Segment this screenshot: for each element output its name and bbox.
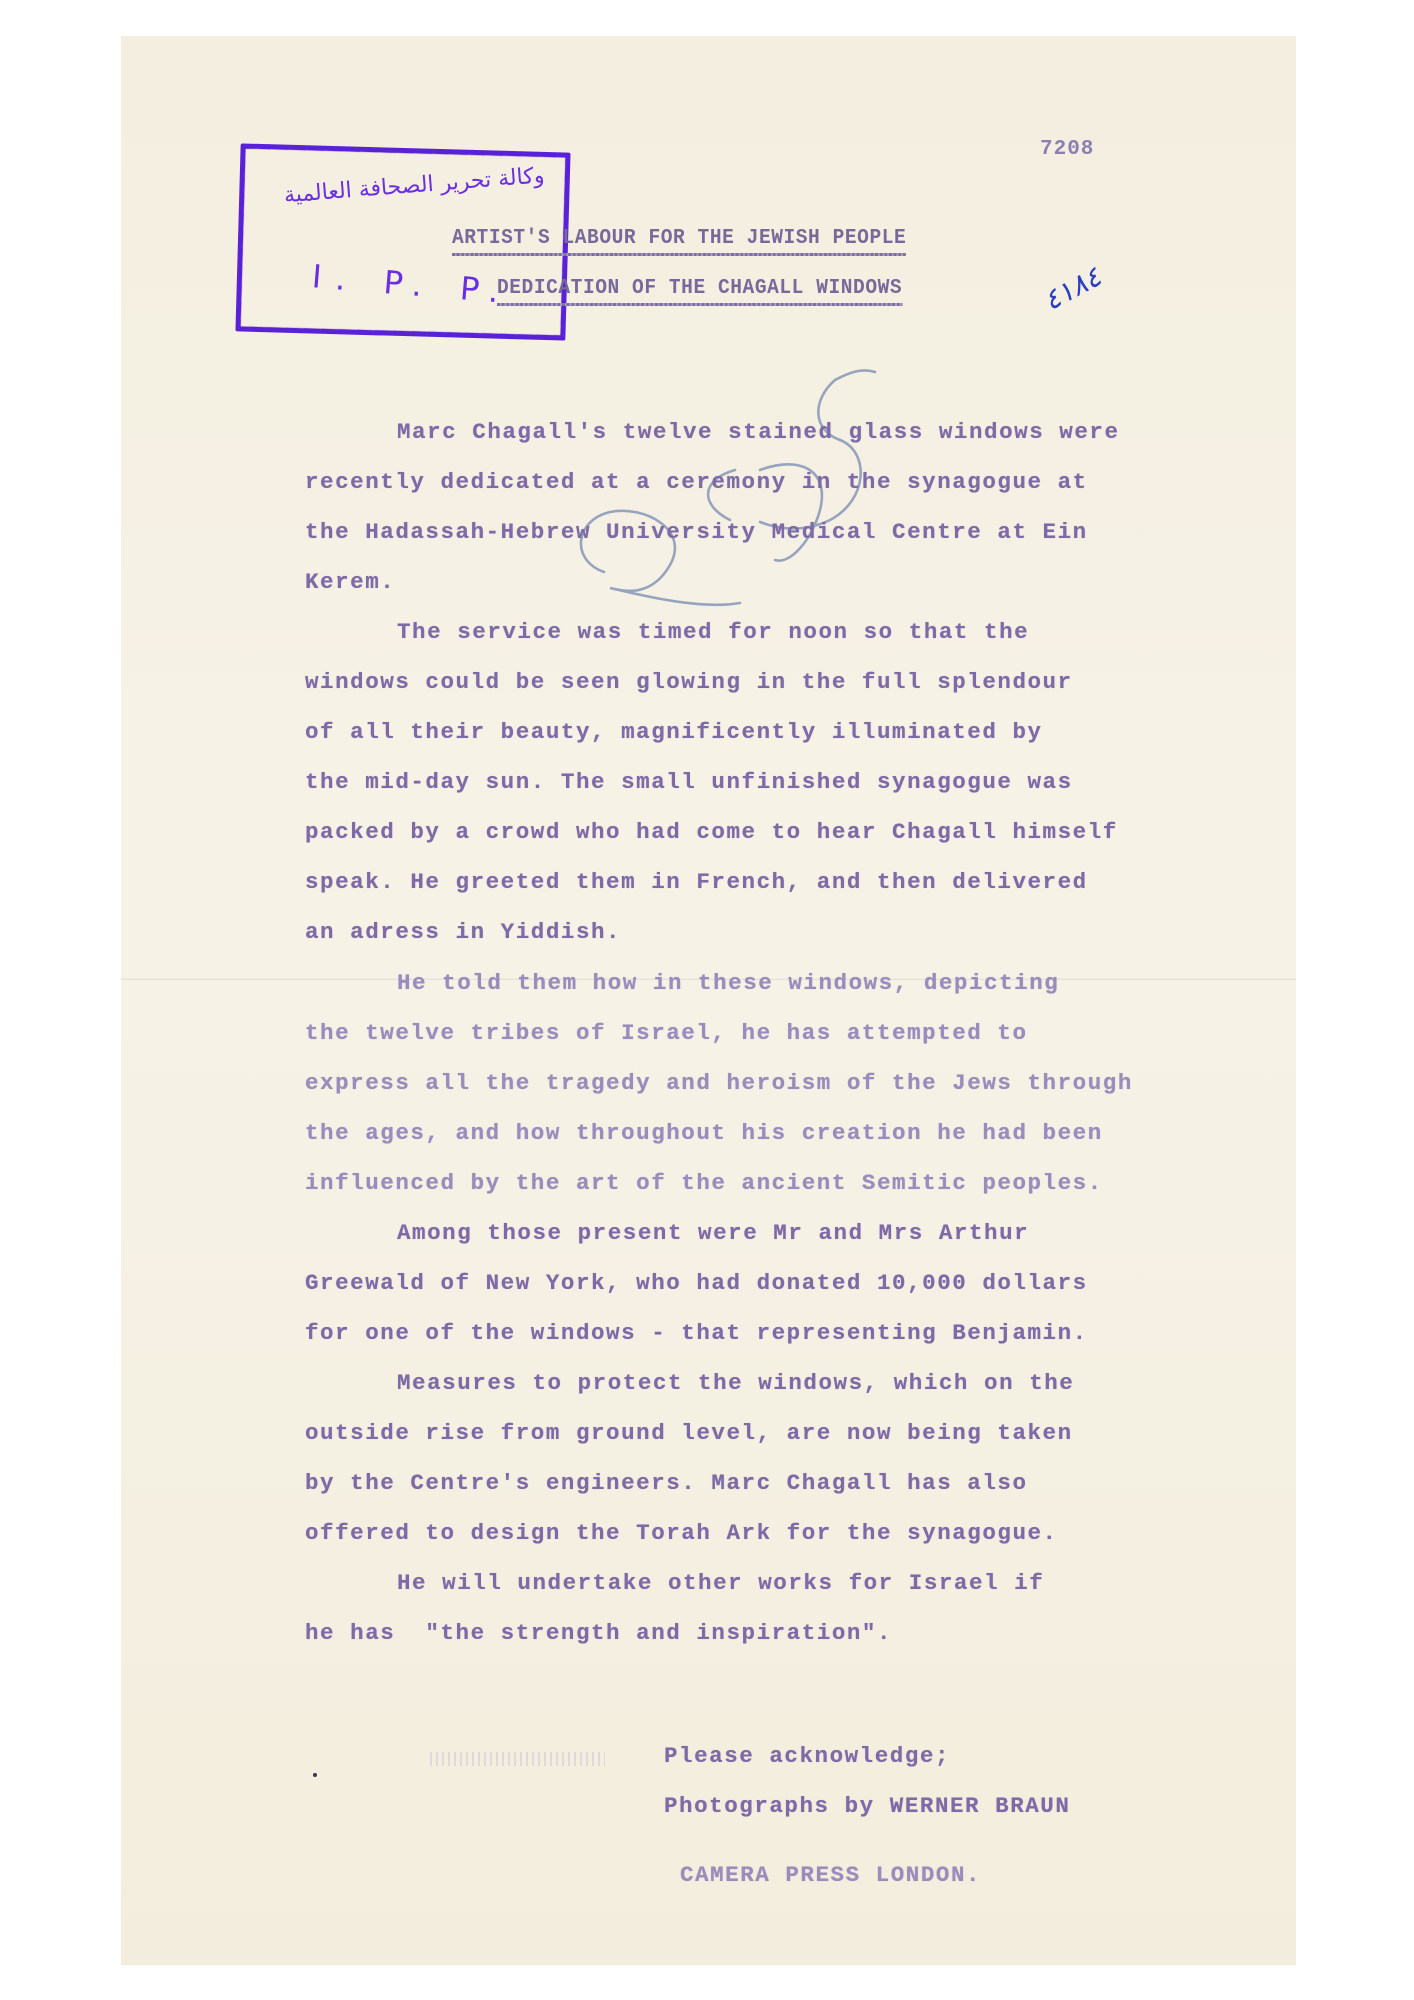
body-line: of all their beauty, magnificently illum…: [305, 721, 1043, 744]
body-line: windows could be seen glowing in the ful…: [305, 671, 1073, 694]
stamp-arabic-text: وكالة تحرير الصحافة العالمية: [283, 163, 545, 208]
body-line: packed by a crowd who had come to hear C…: [305, 821, 1118, 844]
acknowledge-line: Please acknowledge;: [664, 1745, 950, 1768]
body-line: for one of the windows - that representi…: [305, 1322, 1088, 1345]
body-line: The service was timed for noon so that t…: [397, 621, 1029, 644]
headline-line-1: ARTIST'S LABOUR FOR THE JEWISH PEOPLE: [452, 228, 906, 249]
body-line: outside rise from ground level, are now …: [305, 1422, 1073, 1445]
ink-smudge: [430, 1752, 605, 1766]
body-line: influenced by the art of the ancient Sem…: [305, 1172, 1103, 1195]
body-line: Among those present were Mr and Mrs Arth…: [397, 1222, 1029, 1245]
margin-dot: [313, 1773, 317, 1777]
agency-credit: CAMERA PRESS LONDON.: [680, 1864, 981, 1887]
body-line: the twelve tribes of Israel, he has atte…: [305, 1022, 1028, 1045]
body-line: speak. He greeted them in French, and th…: [305, 871, 1088, 894]
body-line: the Hadassah-Hebrew University Medical C…: [305, 521, 1088, 544]
body-line: Marc Chagall's twelve stained glass wind…: [397, 421, 1120, 444]
body-line: He will undertake other works for Israel…: [397, 1572, 1044, 1595]
body-line: an adress in Yiddish.: [305, 921, 621, 944]
body-line: he has "the strength and inspiration".: [305, 1622, 892, 1645]
body-line: Measures to protect the windows, which o…: [397, 1372, 1074, 1395]
body-line: recently dedicated at a ceremony in the …: [305, 471, 1088, 494]
stamp-initials: I. P. P.: [311, 257, 514, 311]
body-line: He told them how in these windows, depic…: [397, 972, 1059, 995]
photo-credit: Photographs by WERNER BRAUN: [664, 1795, 1070, 1818]
body-line: Greewald of New York, who had donated 10…: [305, 1272, 1088, 1295]
body-line: express all the tragedy and heroism of t…: [305, 1072, 1133, 1095]
body-line: offered to design the Torah Ark for the …: [305, 1522, 1058, 1545]
headline-line-2: DEDICATION OF THE CHAGALL WINDOWS: [497, 278, 902, 299]
page-number: 7208: [1040, 138, 1094, 161]
body-line: the ages, and how throughout his creatio…: [305, 1122, 1103, 1145]
body-line: the mid-day sun. The small unfinished sy…: [305, 771, 1073, 794]
body-line: Kerem.: [305, 571, 395, 594]
body-line: by the Centre's engineers. Marc Chagall …: [305, 1472, 1028, 1495]
